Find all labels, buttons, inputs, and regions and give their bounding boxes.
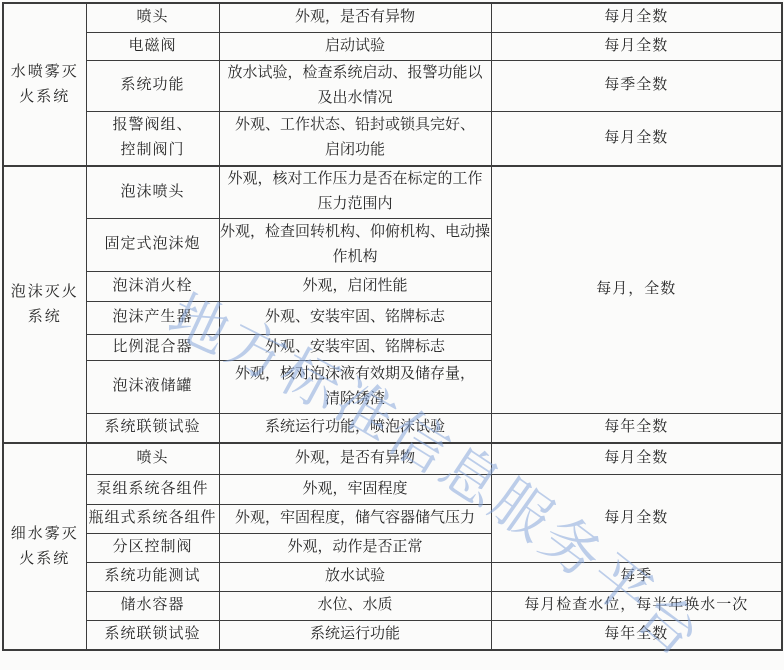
table-row: 系统联锁试验 系统运行功能 每年全数	[3, 620, 782, 650]
component-cell: 泵组系统各组件	[86, 474, 219, 504]
inspection-content-cell: 外观，动作是否正常	[219, 533, 491, 562]
table-row: 储水容器 水位、水质 每月检查水位，每半年换水一次	[3, 591, 782, 620]
component-cell: 泡沫产生器	[86, 301, 219, 334]
inspection-content-cell: 启动试验	[219, 32, 491, 60]
table-row: 报警阀组、 控制阀门 外观、工作状态、铅封或锁具完好、 启闭功能 每月全数	[3, 111, 782, 166]
component-cell: 系统联锁试验	[86, 413, 219, 443]
component-cell: 固定式泡沫炮	[86, 218, 219, 271]
frequency-cell: 每季	[491, 562, 782, 591]
inspection-content-cell: 外观，是否有异物	[219, 443, 491, 474]
table-row: 系统功能 放水试验，检查系统启动、报警功能以 及出水情况 每季全数	[3, 60, 782, 111]
component-cell: 分区控制阀	[86, 533, 219, 562]
inspection-content-cell: 外观、安装牢固、铭牌标志	[219, 301, 491, 334]
component-cell: 系统功能测试	[86, 562, 219, 591]
table-row: 泵组系统各组件 外观，牢固程度 每月全数	[3, 474, 782, 504]
inspection-table: 水喷雾灭 火系统 喷头 外观，是否有异物 每月全数 电磁阀 启动试验 每月全数 …	[2, 2, 783, 651]
inspection-content-cell: 系统运行功能	[219, 620, 491, 650]
component-cell: 系统联锁试验	[86, 620, 219, 650]
inspection-content-cell: 放水试验	[219, 562, 491, 591]
component-cell: 储水容器	[86, 591, 219, 620]
document-page: 水喷雾灭 火系统 喷头 外观，是否有异物 每月全数 电磁阀 启动试验 每月全数 …	[0, 0, 784, 670]
inspection-content-cell: 水位、水质	[219, 591, 491, 620]
component-cell: 泡沫喷头	[86, 166, 219, 218]
inspection-content-cell: 放水试验，检查系统启动、报警功能以 及出水情况	[219, 60, 491, 111]
inspection-content-cell: 外观，检查回转机构、仰俯机构、电动操 作机构	[219, 218, 491, 271]
inspection-content-cell: 外观，是否有异物	[219, 3, 491, 32]
table-row: 细水雾灭 火系统 喷头 外观，是否有异物 每月全数	[3, 443, 782, 474]
table-row: 系统联锁试验 系统运行功能，喷泡沫试验 每年全数	[3, 413, 782, 443]
component-cell: 报警阀组、 控制阀门	[86, 111, 219, 166]
inspection-content-cell: 外观，核对泡沫液有效期及储存量， 清除锈渣	[219, 360, 491, 413]
component-cell: 喷头	[86, 443, 219, 474]
component-cell: 泡沫消火栓	[86, 271, 219, 301]
inspection-content-cell: 外观、安装牢固、铭牌标志	[219, 334, 491, 360]
system-name-cell: 泡沫灭火 系统	[3, 166, 86, 443]
inspection-content-cell: 系统运行功能，喷泡沫试验	[219, 413, 491, 443]
component-cell: 喷头	[86, 3, 219, 32]
component-cell: 系统功能	[86, 60, 219, 111]
component-cell: 泡沫液储罐	[86, 360, 219, 413]
frequency-cell: 每月全数	[491, 3, 782, 32]
component-cell: 比例混合器	[86, 334, 219, 360]
system-name-cell: 细水雾灭 火系统	[3, 443, 86, 650]
frequency-cell: 每年全数	[491, 620, 782, 650]
inspection-content-cell: 外观，牢固程度，储气容器储气压力	[219, 504, 491, 533]
frequency-cell: 每月全数	[491, 474, 782, 562]
table-row: 水喷雾灭 火系统 喷头 外观，是否有异物 每月全数	[3, 3, 782, 32]
frequency-cell: 每月全数	[491, 443, 782, 474]
system-name-cell: 水喷雾灭 火系统	[3, 3, 86, 166]
component-cell: 电磁阀	[86, 32, 219, 60]
inspection-content-cell: 外观，启闭性能	[219, 271, 491, 301]
table-row: 电磁阀 启动试验 每月全数	[3, 32, 782, 60]
inspection-content-cell: 外观，核对工作压力是否在标定的工作 压力范围内	[219, 166, 491, 218]
inspection-content-cell: 外观、工作状态、铅封或锁具完好、 启闭功能	[219, 111, 491, 166]
inspection-content-cell: 外观，牢固程度	[219, 474, 491, 504]
table-row: 系统功能测试 放水试验 每季	[3, 562, 782, 591]
frequency-cell: 每月全数	[491, 111, 782, 166]
frequency-cell: 每月全数	[491, 32, 782, 60]
table-row: 泡沫灭火 系统 泡沫喷头 外观，核对工作压力是否在标定的工作 压力范围内 每月，…	[3, 166, 782, 218]
frequency-cell: 每月，全数	[491, 166, 782, 413]
frequency-cell: 每月检查水位，每半年换水一次	[491, 591, 782, 620]
component-cell: 瓶组式系统各组件	[86, 504, 219, 533]
frequency-cell: 每年全数	[491, 413, 782, 443]
frequency-cell: 每季全数	[491, 60, 782, 111]
